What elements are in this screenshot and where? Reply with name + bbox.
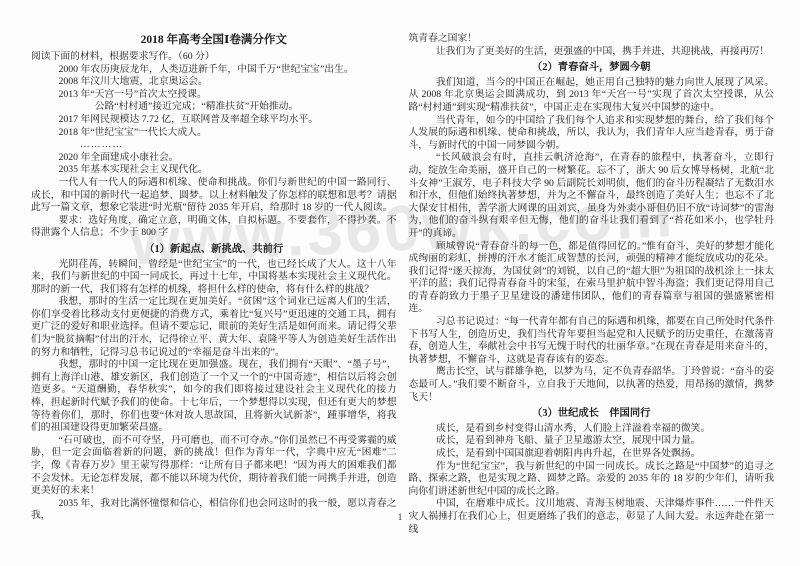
essay1-paragraph: 我想，那时的生活一定比现在更加美好。“贫困”这个词业已远离人们的生活，你们享受着… [31,296,397,359]
material-line: 2008 年汶川大地震，北京奥运会。 [58,76,396,89]
essay3-line: 成长，是看到中国国旗迎着朝阳冉冉升起，在世界各处飘扬。 [409,448,775,461]
essay1-title: （1）新起点、新挑战、共前行 [31,244,397,257]
essay2-paragraph: 习总书记说过：“每一代青年都有自己的际遇和机缘，都要在自己所处时代条件下书写人生… [409,316,775,366]
essay1-paragraph: “石可破也，而不可夺坚，丹可磨也，而不可夺赤。”你们虽然已不再受雾霾的威胁，但一… [31,435,397,498]
left-column: 2018 年高考全国Ⅰ卷满分作文 阅读下面的材料，根据要求写作。（60 分） 2… [31,33,397,536]
essay1-paragraph: 我想，那时的中国一定比现在更加强盛。现在，我们拥有“天眼”、“墨子号”，拥有上海… [31,359,397,435]
material-line: 公路“村村通”接近完成；“精准扶贫”开始推动。 [95,101,397,114]
material-line: 2013 年“天宫一号”首次太空授课。 [58,89,396,102]
document-page: www.360wk.com 2018 年高考全国Ⅰ卷满分作文 阅读下面的材料，根… [0,0,800,566]
material-line: 2018 年“世纪宝宝”一代长大成人。 [58,127,396,140]
material-line: 2017 年网民规模达 7.72 亿，互联网普及率超全球平均水平。 [58,114,396,127]
essay1-continuation: 筑青春之国家！ [409,33,775,46]
essay3-line: 成长，是看到乡村变得山清水秀，人们脸上洋溢着幸福的微笑。 [409,423,775,436]
document-title: 2018 年高考全国Ⅰ卷满分作文 [31,33,397,47]
essay3-title: （3）世纪成长 伴国同行 [409,408,775,421]
essay1-paragraph: 光阴荏苒，转瞬间，曾经是“世纪宝宝”的一代，也已经长成了大人。这十八年来，我们与… [31,259,397,297]
essay-requirements: 要求：选好角度，确定立意，明确文体，自拟标题。不要套作，不得抄袭。不得泄露个人信… [31,215,397,240]
essay1-closing: 让我们为了更美好的生活，更强盛的中国，携手并进，共迎挑战，再接再厉！ [409,46,775,59]
material-line: 2035 年基本实现社会主义现代化。 [58,164,396,177]
essay2-title: （2）青春奋斗，梦圆今朝 [409,62,775,75]
material-ellipsis: ………… [80,139,397,152]
page-number: 1 [0,511,800,524]
essay2-paragraph: 鹰击长空，试与群雄争艳，以梦为马，定不负青春韶华。丁玲曾说：“奋斗的姿态最可人。… [409,366,775,404]
essay2-paragraph: 顾城曾说“青春奋斗的每一色，都是值得回忆的。”惟有奋斗，美好的梦想才能化成绚丽的… [409,241,775,317]
two-column-layout: 2018 年高考全国Ⅰ卷满分作文 阅读下面的材料，根据要求写作。（60 分） 2… [31,33,774,536]
right-column: 筑青春之国家！ 让我们为了更美好的生活，更强盛的中国，携手并进，共迎挑战，再接再… [409,33,775,536]
essay2-paragraph: “长风破浪会有时，直挂云帆济沧海”，在青春的旅程中，执著奋斗，立即行动，绽放生命… [409,152,775,240]
material-line: 2020 年全面建成小康社会。 [58,152,396,165]
exam-instruction: 阅读下面的材料，根据要求写作。（60 分） [31,51,397,64]
essay-prompt: 一代人有一代人的际遇和机缘、使命和挑战。你们与新世纪的中国一路同行、成长，和中国… [31,177,397,215]
essay3-paragraph: 作为“世纪宝宝”，我与新世纪的中国一同成长。成长之路是“中国梦”的追寻之路、探索… [409,461,775,499]
essay2-paragraph: 当代青年，如今的中国给了我们每个人追求和实现梦想的舞台，给了我们每个人发展的际遇… [409,115,775,153]
material-line: 2000 年农历庚辰龙年，人类迈进新千年，中国千万“世纪宝宝”出生。 [58,64,396,77]
essay3-line: 成长，是看到神舟飞船、量子卫星遨游太空，展现中国力量。 [409,435,775,448]
essay2-paragraph: 我们知道，当今的中国正在崛起，她正用自己独特的魅力向世人展现了风采。从 2008… [409,77,775,115]
